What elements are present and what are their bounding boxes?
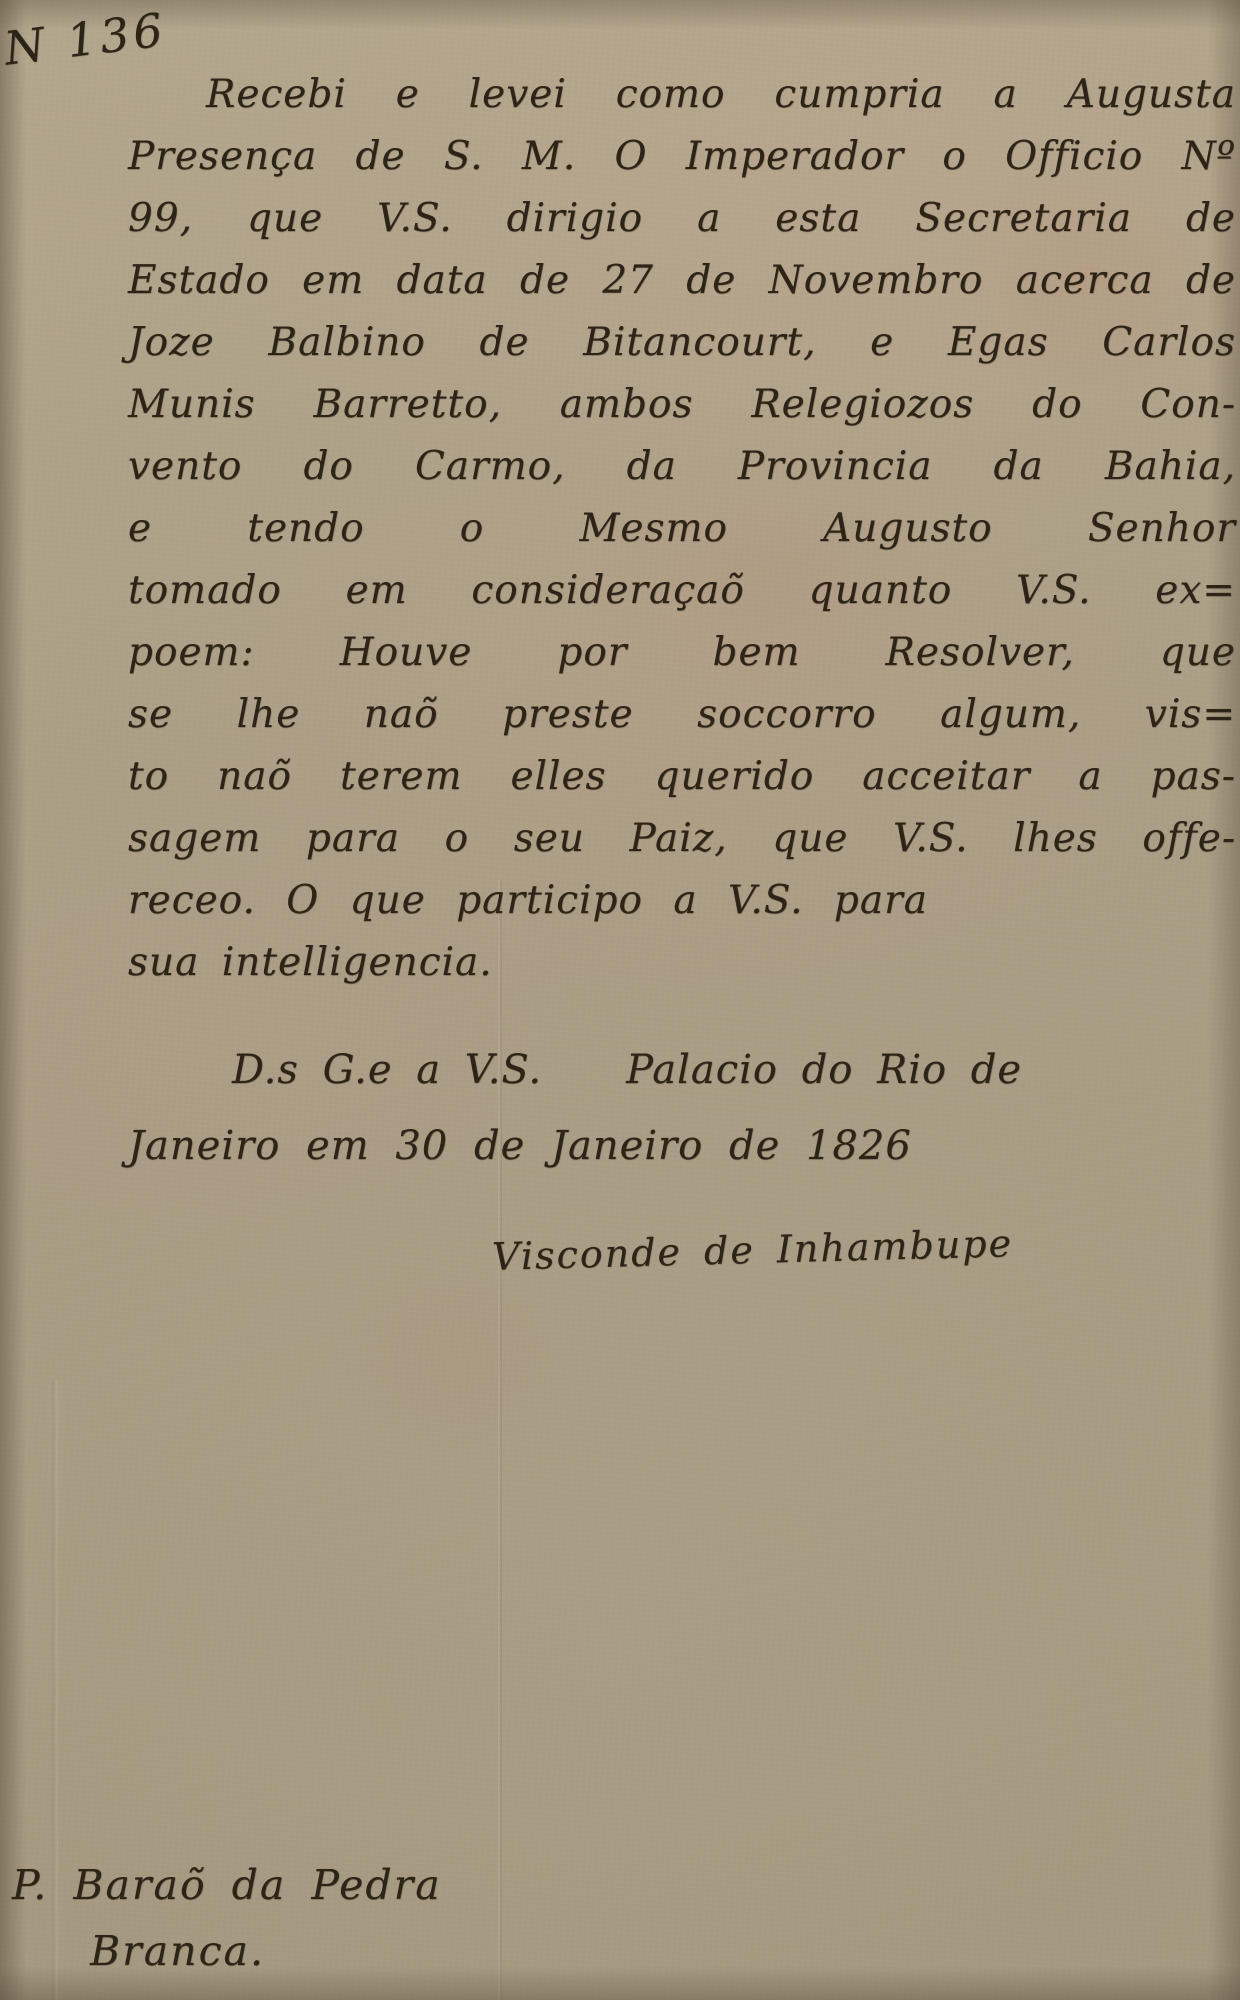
letter-line: e tendo o Mesmo Augusto Senhor: [128, 498, 1236, 560]
letter-line: receo. O que participo a V.S. para: [128, 870, 928, 932]
letter-line: Estado em data de 27 de Novembro acerca …: [128, 250, 1236, 312]
letter-line: sua intelligencia.: [128, 932, 1236, 994]
letter-line: Recebi e levei como cumpria a Augusta: [128, 64, 1236, 126]
closing-date-line: Janeiro em 30 de Janeiro de 1826: [128, 1114, 1188, 1178]
addressee: P. Baraõ da Pedra Branca.: [12, 1852, 442, 1984]
paper-stain: [330, 1250, 590, 1470]
closing-place: Palacio do Rio de: [626, 1038, 1022, 1102]
letter-body: Recebi e levei como cumpria a Augusta Pr…: [128, 64, 1236, 994]
letter-line: se lhe naõ preste soccorro algum, vis=: [128, 684, 1236, 746]
addressee-line: Branca.: [12, 1918, 442, 1984]
letter-line: 99, que V.S. dirigio a esta Secretaria d…: [128, 188, 1236, 250]
letter-line: Munis Barretto, ambos Relegiozos do Con-: [128, 374, 1236, 436]
letter-line: vento do Carmo, da Provincia da Bahia,: [128, 436, 1236, 498]
addressee-line: P. Baraõ da Pedra: [12, 1852, 442, 1918]
letter-line: sagem para o seu Paiz, que V.S. lhes off…: [128, 808, 1236, 870]
closing-salutation-row: D.s G.e a V.S. Palacio do Rio de: [128, 1038, 1188, 1102]
closing-salutation: D.s G.e a V.S.: [232, 1038, 542, 1102]
letter-line: tomado em consideraçaõ quanto V.S. ex=: [128, 560, 1236, 622]
letter-line: to naõ terem elles querido acceitar a pa…: [128, 746, 1236, 808]
letter-line: poem: Houve por bem Resolver, que: [128, 622, 1236, 684]
signature: Visconde de Inhambupe: [492, 1221, 1014, 1279]
letter-closing: D.s G.e a V.S. Palacio do Rio de Janeiro…: [128, 1038, 1188, 1178]
letter-line: Joze Balbino de Bitancourt, e Egas Carlo…: [128, 312, 1236, 374]
letter-line: Presença de S. M. O Imperador o Officio …: [128, 126, 1236, 188]
manuscript-page: N 136 Recebi e levei como cumpria a Augu…: [0, 0, 1240, 2000]
